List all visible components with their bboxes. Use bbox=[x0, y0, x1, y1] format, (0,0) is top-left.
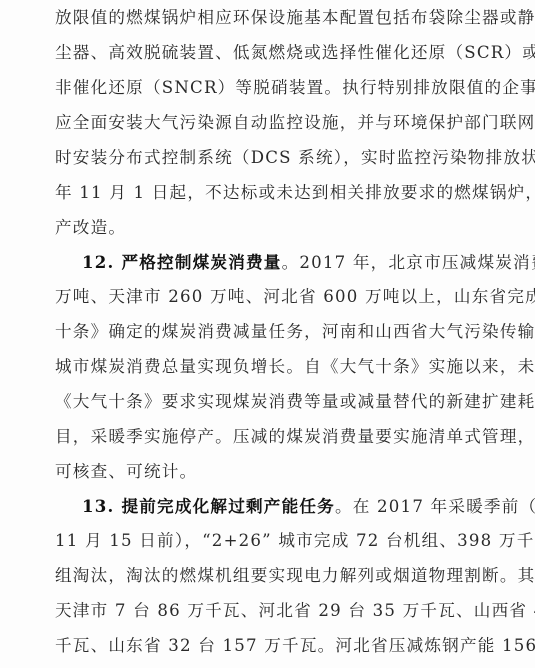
item-12-text: 。2017 年，北京市压减煤炭消费量 260 bbox=[282, 253, 535, 272]
item-12-first-line: 12. 严格控制煤炭消费量。2017 年，北京市压减煤炭消费量 260 bbox=[82, 252, 460, 273]
paragraph-line: 城市煤炭消费总量实现负增长。自《大气十条》实施以来，未按照 bbox=[55, 357, 460, 377]
paragraph-line: 11 月 15 日前），“2+26” 城市完成 72 台机组、398 万千瓦的燃… bbox=[55, 531, 460, 551]
paragraph-line: 年 11 月 1 日起，不达标或未达到相关排放要求的燃煤锅炉，一律停 bbox=[55, 183, 460, 203]
item-13-first-line: 13. 提前完成化解过剩产能任务。在 2017 年采暖季前（2017 年 bbox=[82, 496, 460, 517]
document-page: 放限值的燃煤锅炉相应环保设施基本配置包括布袋除尘器或静电除 尘器、高效脱硫装置、… bbox=[0, 0, 535, 668]
paragraph-line: 应全面安装大气污染源自动监控设施，并与环境保护部门联网，同 bbox=[55, 113, 460, 133]
item-12-heading: 12. 严格控制煤炭消费量 bbox=[82, 252, 282, 272]
paragraph-line: 天津市 7 台 86 万千瓦、河北省 29 台 35 万千瓦、山西省 4 台 1… bbox=[55, 601, 460, 621]
paragraph-line: 千瓦、山东省 32 台 157 万千瓦。河北省压减炼钢产能 1562 万吨、 bbox=[55, 636, 460, 656]
paragraph-line: 十条》确定的煤炭消费减量任务，河南和山西省大气污染传输通道 bbox=[55, 322, 460, 342]
paragraph-line: 尘器、高效脱硫装置、低氮燃烧或选择性催化还原（SCR）或选择性 bbox=[55, 43, 460, 63]
paragraph-line: 时安装分布式控制系统（DCS 系统），实时监控污染物排放状况。2017 bbox=[55, 148, 460, 168]
paragraph-line: 万吨、天津市 260 万吨、河北省 600 万吨以上，山东省完成《大气 bbox=[55, 287, 460, 307]
paragraph-line: 放限值的燃煤锅炉相应环保设施基本配置包括布袋除尘器或静电除 bbox=[55, 8, 460, 28]
paragraph-line: 组淘汰，淘汰的燃煤机组要实现电力解列或烟道物理割断。其中， bbox=[55, 566, 460, 586]
item-13-text: 。在 2017 年采暖季前（2017 年 bbox=[335, 497, 535, 516]
paragraph-line: 《大气十条》要求实现煤炭消费等量或减量替代的新建扩建耗煤项 bbox=[55, 392, 460, 412]
paragraph-line: 非催化还原（SNCR）等脱硝装置。执行特别排放限值的企事业单位 bbox=[55, 78, 460, 98]
paragraph-line: 目，采暖季实施停产。压减的煤炭消费量要实施清单式管理，做到 bbox=[55, 427, 460, 447]
paragraph-line: 产改造。 bbox=[55, 218, 460, 238]
item-13-heading: 13. 提前完成化解过剩产能任务 bbox=[82, 496, 335, 516]
paragraph-line: 可核查、可统计。 bbox=[55, 462, 460, 482]
